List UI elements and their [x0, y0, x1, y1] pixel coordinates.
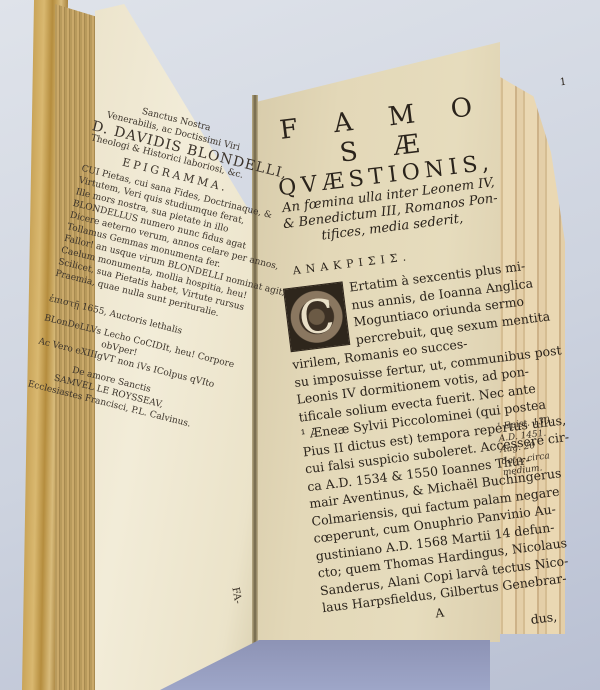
ornamental-drop-cap: C — [283, 281, 350, 352]
margin-footnote: ¹ Epist. 130. A.D. 1451. Aug. 20 data, c… — [497, 414, 573, 480]
page-mark: 1 — [559, 77, 567, 89]
book-photo-scene: Sanctus Nostra Venerabilis, ac Doctissim… — [0, 0, 600, 690]
book-gutter — [252, 95, 258, 650]
